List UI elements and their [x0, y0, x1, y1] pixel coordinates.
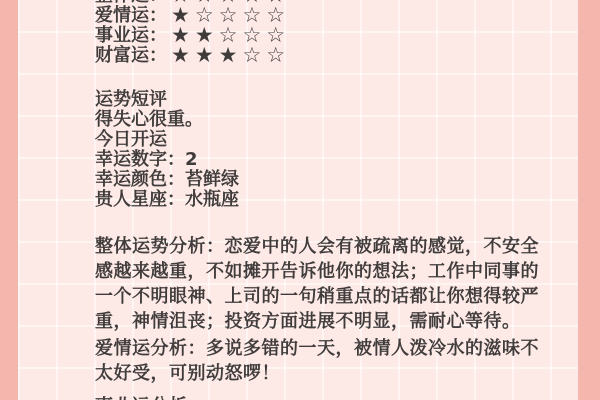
lucky-number: 幸运数字：2 [95, 150, 577, 170]
lucky-section-header: 今日开运 [95, 130, 577, 150]
rating-row-wealth: 财富运：★★★☆☆ [95, 45, 577, 65]
lucky-color: 幸运颜色：苔鲜绿 [95, 170, 577, 190]
career-analysis-clipped-line: 事业运分析： [95, 394, 577, 400]
rating-label: 事业运： [95, 25, 167, 46]
summary-title: 运势短评 [95, 90, 577, 110]
rating-row-career: 事业运：★★☆☆☆ [95, 25, 577, 45]
horoscope-page[interactable]: 整体运：☆☆☆☆☆ 爱情运：★☆☆☆☆ 事业运：★★☆☆☆ 财富运：★★★☆☆ … [0, 0, 600, 400]
rating-label: 爱情运： [95, 5, 167, 26]
love-analysis-paragraph: 爱情运分析：多说多错的一天，被情人泼冷水的滋味不 太好受，可别动怒啰！ [95, 336, 577, 386]
summary-block: 运势短评 得失心很重。 今日开运 幸运数字：2 幸运颜色：苔鲜绿 贵人星座：水瓶… [95, 90, 577, 210]
page-content: 整体运：☆☆☆☆☆ 爱情运：★☆☆☆☆ 事业运：★★☆☆☆ 财富运：★★★☆☆ … [95, 0, 577, 400]
benefactor-sign: 贵人星座：水瓶座 [95, 190, 577, 210]
star-rating: ★★★☆☆ [171, 43, 290, 67]
rating-label: 财富运： [95, 45, 167, 66]
summary-comment: 得失心很重。 [95, 110, 577, 130]
left-border-strip [0, 0, 18, 400]
right-border-strip [578, 0, 600, 400]
overall-analysis-paragraph: 整体运势分析：恋爱中的人会有被疏离的感觉，不安全 感越来越重，不如摊开告诉他你的… [95, 234, 577, 334]
rating-row-love: 爱情运：★☆☆☆☆ [95, 5, 577, 25]
